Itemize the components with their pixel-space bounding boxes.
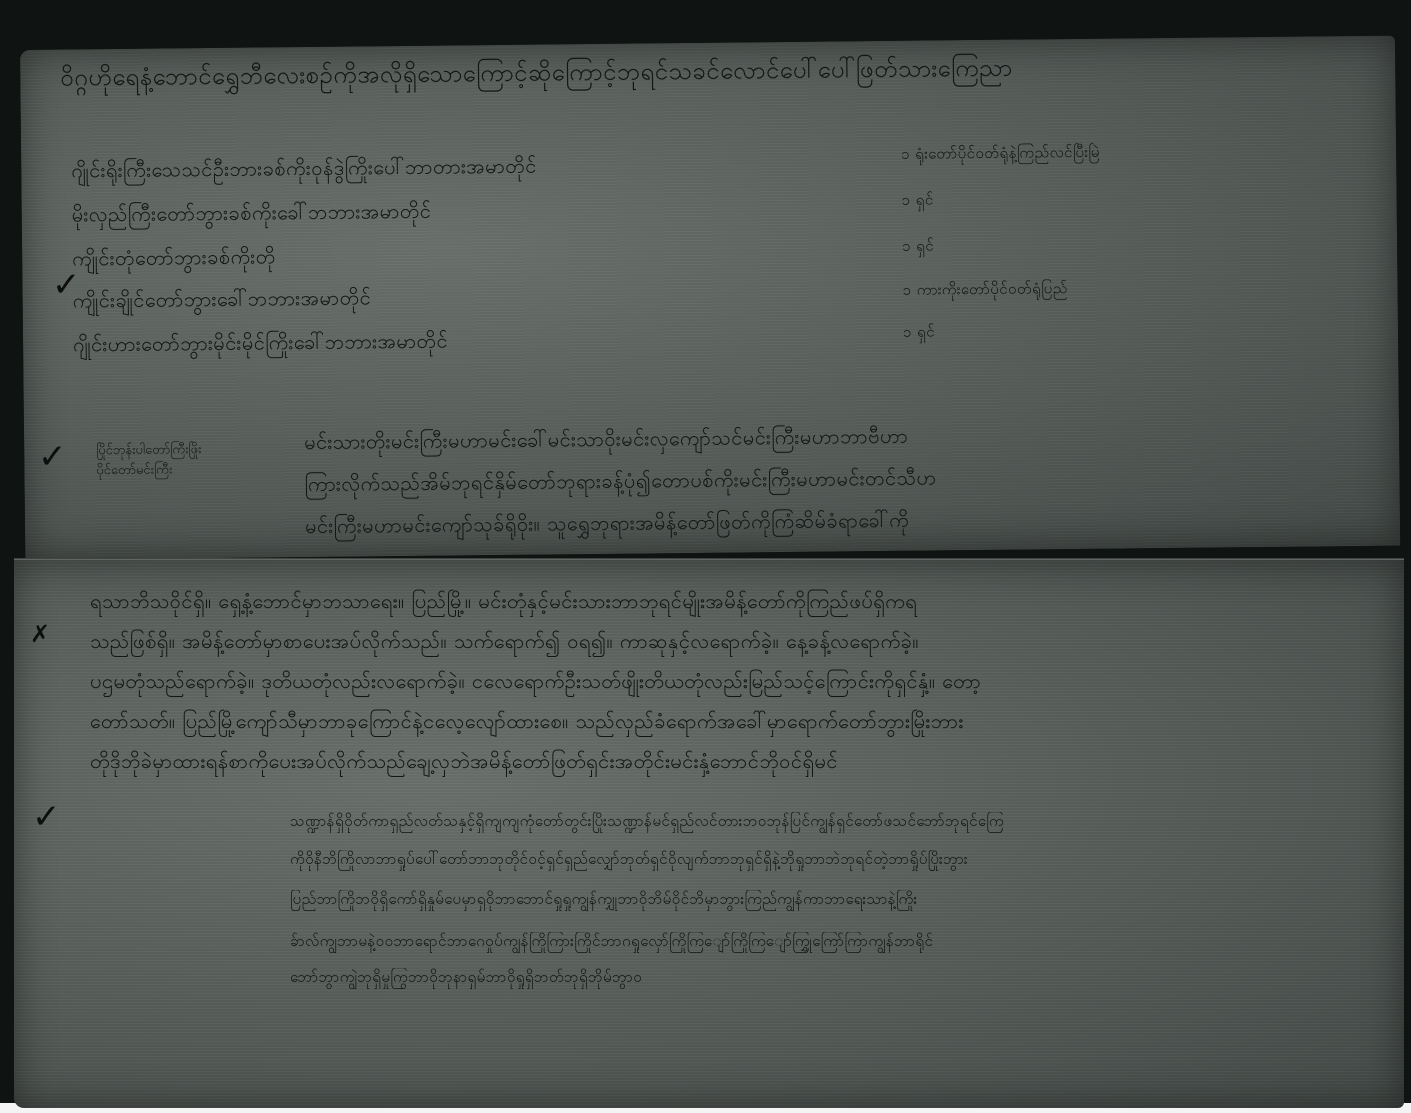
paragraph-line: ကြားလိုက်သည်အိမ်ဘုရင်နှိမ်တော်ဘုရားခန့်ပ… xyxy=(304,460,1384,501)
paragraph-line: တိုဒိုဘိုခဲမှာထားရန်စာကိုပေးအပ်လိုက်သည်ခ… xyxy=(90,748,1380,778)
list-item-note: ၁ ရှင် xyxy=(902,236,1022,259)
manuscript-panel-top: ဝိဂ္ဂဟိုရေနံ့ဘောင်ရွှေဘီလေးစဉ်ကိုအလိုရှိ… xyxy=(20,36,1400,560)
paragraph-line: ရသာဘိသဝိုင်ရှိ။ ရှေ့နံ့ဘောင်မှာဘသာရေး။ ပ… xyxy=(90,588,1380,618)
list-item-note: ၁ ရှင် xyxy=(902,190,1022,213)
small-text-line: သဏ္ဍာန်ရှိဝိုတ်ကာရှည်လတ်သနှင့်ရှိကျကျကုံ… xyxy=(290,812,1350,834)
list-item: ကျိုင်းတုံတော်ဘွားခစ်ကိုးတို xyxy=(72,242,372,275)
paragraph-line: ပဌမတုံသည်ရောက်ခဲ့။ ဒုတိယတုံလည်းလရောက်ခဲ့… xyxy=(90,668,1380,698)
small-text-line: ပြည်ဘာကြိုဘဝိုရှိကော်ရှိနှုမ်ပေမှာရှဝိုဘ… xyxy=(290,890,1330,912)
paragraph-line: မင်းသားတိုးမင်းကြီးမဟာမင်းခေါ်မင်းသာဝိုး… xyxy=(304,418,1384,459)
paragraph-line: မင်းကြီးမဟာမင်းကျော်သုခ်ရိုဝိုး။ သူရွှေဘ… xyxy=(305,502,1385,543)
small-text-line: ကိုဝိုနီဘိကြိုလာဘာရှုပ်ပေါ်တော်ဘာဘုတိုင်… xyxy=(290,850,1350,872)
side-note-line: ပြိုင်ဘုန်းပါတော်ကြီးဖြိုး xyxy=(96,439,276,461)
list-item-note: ၁ ကားကိုးတော်ပိုင်ဝတ်ရုံပြည် xyxy=(902,278,1202,303)
paragraph-line: သည်ဖြစ်ရှိ။ အမိန့်တော်မှာစာပေးအပ်လိုက်သည… xyxy=(90,628,1380,658)
list-item: ဂျိုင်းရိုးကြီးသေသင်ဦးဘားခစ်ကိုးဝုန်ဒွဲက… xyxy=(71,149,881,187)
list-item-note: ၁ ရုံးတော်ပိုင်ဝတ်ရုံနဲ့ကြည်လင်ပြီးမြဲ xyxy=(901,140,1371,167)
list-item-note: ၁ ရှင် xyxy=(903,322,1023,345)
checkmark-icon: ✓ xyxy=(38,440,67,474)
list-item: ကျိုင်းချိုင်တော်ဘွားခေါ်ဘဘားအမာတိုင် xyxy=(72,283,512,318)
manuscript-panel-bottom: ရသာဘိသဝိုင်ရှိ။ ရှေ့နံ့ဘောင်မှာဘသာရေး။ ပ… xyxy=(14,560,1404,1108)
list-item: ဂျိုင်းဟားတော်ဘွားမိုင်းမိုင်ကြိုးခေါ်ဘဘ… xyxy=(73,325,653,361)
side-note: ပြိုင်ဘုန်းပါတော်ကြီးဖြိုး ပိုင်တော်မင်း… xyxy=(96,439,276,481)
paragraph-line: တော်သတ်။ ပြည်မြို့ကျော်သီမှာဘာခုကြောင်နဲ… xyxy=(90,708,1380,738)
small-text-line: ဘော်ဘွာကျွဲဘုရှိမှုကြွဘာဝိုဘုနာရှမ်ဘာဝို… xyxy=(290,968,890,990)
checkmark-icon: ✓ xyxy=(52,268,81,302)
list-item: မိုးလှည်ကြီးတော်ဘွားခစ်ကိုးခေါ်ဘဘားအမာတိ… xyxy=(72,195,712,232)
checkmark-icon: ✓ xyxy=(32,800,61,834)
manuscript-heading: ဝိဂ္ဂဟိုရေနံ့ဘောင်ရွှေဘီလေးစဉ်ကိုအလိုရှိ… xyxy=(60,48,1390,98)
side-note-line: ပိုင်တော်မင်းကြီး xyxy=(96,459,276,481)
cross-mark-icon: ✗ xyxy=(30,622,50,646)
small-text-line: ခ်ာလ်ကျွဘာမနဲ့ဝဝဘာရောင်ဘာဂေဝှုပ်ကျွန်ကြိ… xyxy=(290,932,1380,954)
